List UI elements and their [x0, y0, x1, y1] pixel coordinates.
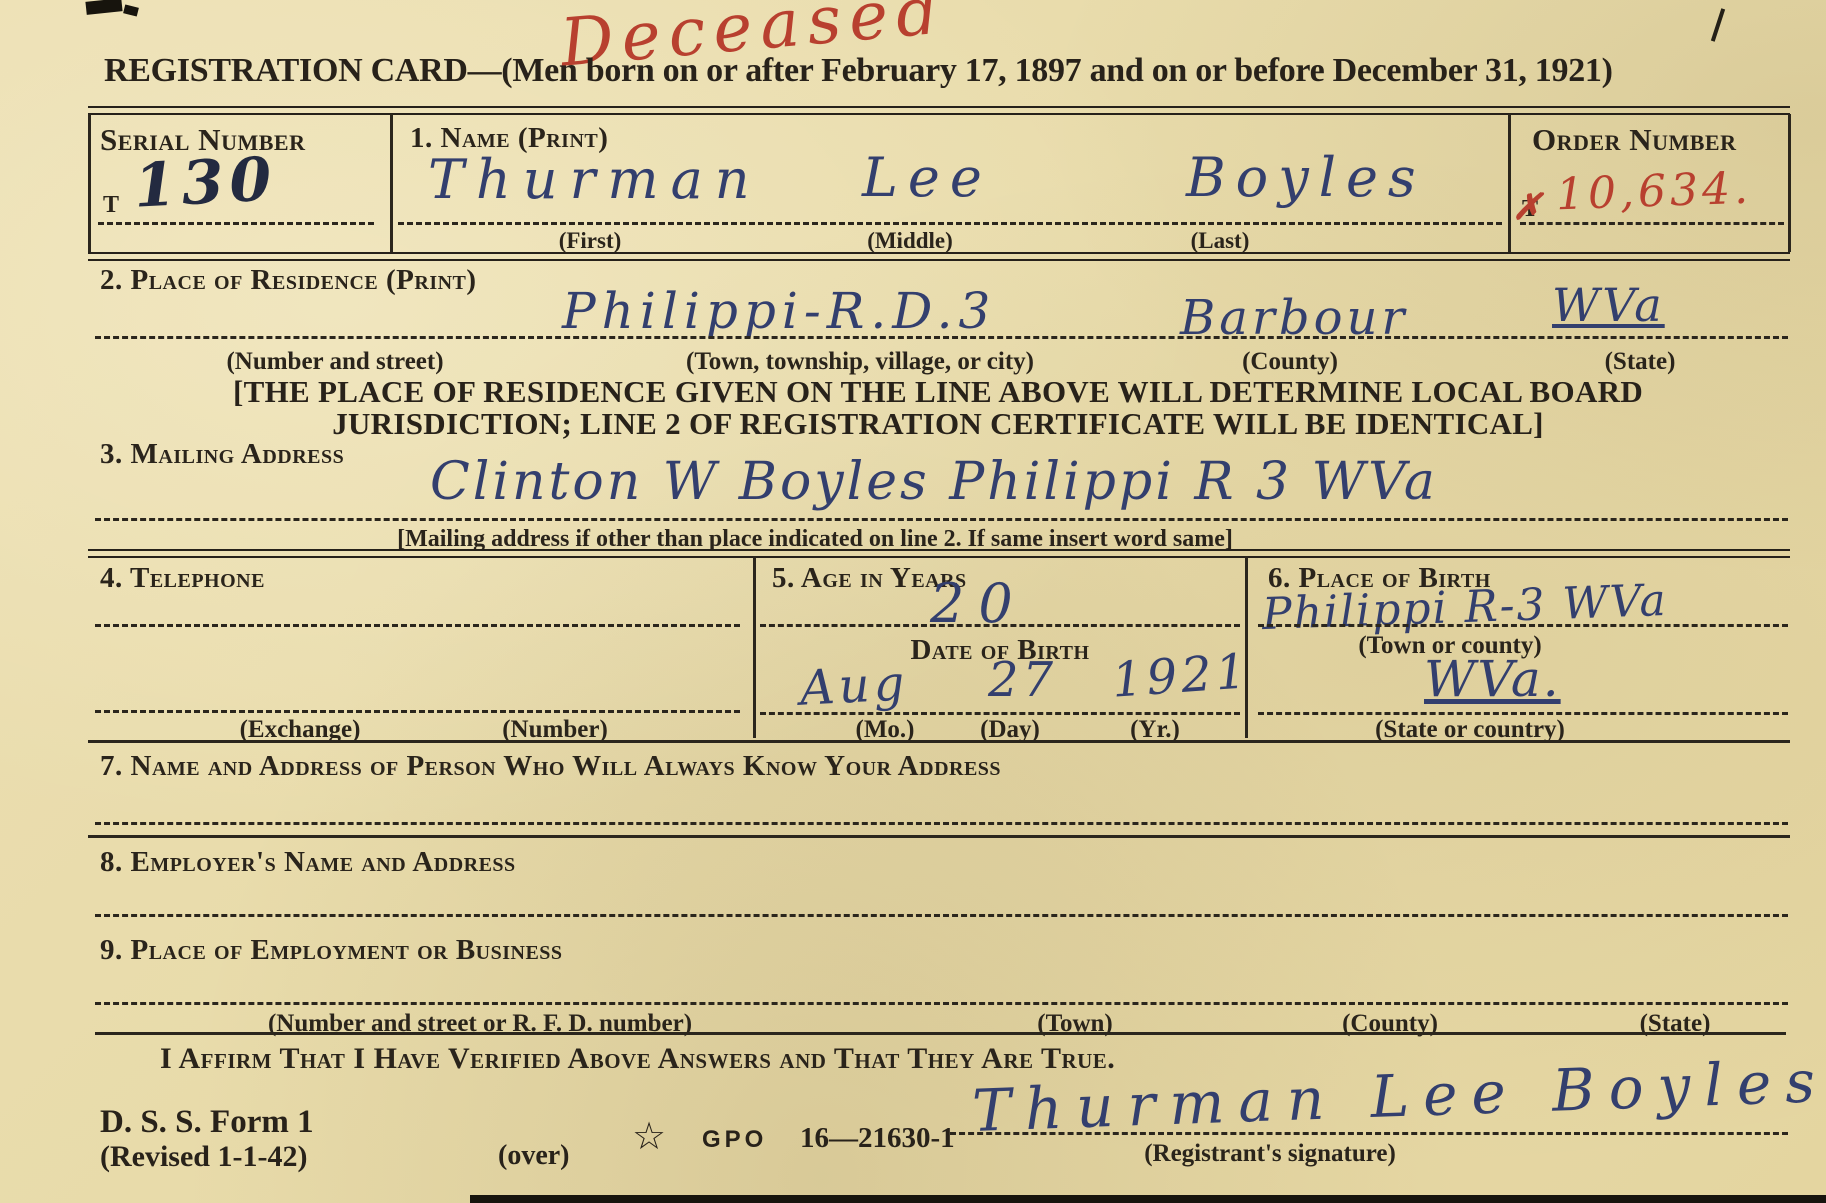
- over-note: (over): [498, 1140, 570, 1172]
- name-order-divider: [1508, 114, 1511, 252]
- scan-slash-mark: [1711, 8, 1725, 42]
- telephone-answer-line1: [95, 624, 740, 627]
- name-middle-caption: (Middle): [820, 228, 1000, 254]
- dob-day-value: 27: [988, 652, 1057, 708]
- name-middle-value: Lee: [862, 146, 992, 209]
- residence-state-value: WVa: [1552, 278, 1665, 332]
- row456-bottom-rule: [88, 740, 1790, 743]
- serial-name-divider: [390, 114, 393, 252]
- mailing-label: 3. Mailing Address: [100, 438, 344, 471]
- form-revision: (Revised 1-1-42): [100, 1140, 307, 1174]
- registration-card: Deceased REGISTRATION CARD—(Men born on …: [0, 0, 1826, 1203]
- card-title: REGISTRATION CARD—(Men born on or after …: [104, 52, 1613, 90]
- name-first-value: Thurman: [428, 148, 762, 211]
- section7-answer-line: [95, 822, 1788, 825]
- residence-label: 2. Place of Residence (Print): [100, 264, 477, 297]
- birthplace-state-value: WVa.: [1424, 650, 1561, 708]
- affirmation-text: I Affirm That I Have Verified Above Answ…: [160, 1042, 1115, 1076]
- star-icon: ☆: [632, 1114, 666, 1159]
- jurisdiction-note-line1: [THE PLACE OF RESIDENCE GIVEN ON THE LIN…: [88, 374, 1788, 410]
- residence-town-caption: (Town, township, village, or city): [630, 348, 1090, 376]
- mailing-value: Clinton W Boyles Philippi R 3 WVa: [430, 452, 1438, 512]
- telephone-answer-line2: [95, 710, 740, 713]
- section8-answer-line: [95, 914, 1788, 917]
- serial-answer-line: [98, 222, 374, 225]
- print-code: 16—21630-1: [800, 1122, 955, 1155]
- section7-label: 7. Name and Address of Person Who Will A…: [100, 750, 1001, 783]
- jurisdiction-note-line2: JURISDICTION; LINE 2 OF REGISTRATION CER…: [88, 406, 1788, 442]
- serial-number-value: 130: [132, 144, 279, 221]
- section9-bottom-rule: [95, 1032, 1786, 1035]
- name-first-caption: (First): [520, 228, 660, 254]
- section7-bottom-rule: [88, 835, 1790, 838]
- order-number-value: 10,634.: [1555, 163, 1753, 221]
- card-right-border: [1788, 114, 1791, 252]
- signature-line: [950, 1132, 1788, 1135]
- section9-answer-line: [95, 1002, 1788, 1005]
- dob-month-value: Aug: [799, 655, 910, 717]
- birthplace-state-line: [1258, 712, 1788, 715]
- scan-edge-mark: [123, 4, 139, 16]
- residence-county-caption: (County): [1205, 348, 1375, 376]
- section9-label: 9. Place of Employment or Business: [100, 934, 563, 967]
- residence-street-caption: (Number and street): [215, 348, 455, 376]
- card-left-border: [88, 114, 91, 252]
- telephone-age-divider: [753, 556, 756, 738]
- gpo-imprint: GPO: [702, 1126, 767, 1154]
- header-rule: [88, 106, 1790, 115]
- name-answer-line: [398, 222, 1502, 225]
- mailing-answer-line: [95, 518, 1788, 521]
- name-last-caption: (Last): [1150, 228, 1290, 254]
- scan-edge-mark: [85, 0, 122, 15]
- order-answer-line: [1520, 222, 1784, 225]
- order-number-label: Order Number: [1532, 122, 1736, 158]
- age-answer-line: [760, 624, 1240, 627]
- serial-prefix: T: [103, 192, 120, 219]
- birthplace-town-line: [1258, 624, 1788, 627]
- telephone-label: 4. Telephone: [100, 562, 265, 595]
- residence-state-caption: (State): [1565, 348, 1715, 376]
- dob-year-value: 1921: [1110, 643, 1252, 709]
- residence-answer-line: [95, 336, 1788, 339]
- dob-answer-line: [760, 712, 1240, 715]
- residence-town-value: Philippi-R.D.3: [562, 282, 996, 340]
- form-number: D. S. S. Form 1: [100, 1104, 314, 1141]
- name-last-value: Boyles: [1186, 146, 1426, 209]
- scan-bottom-edge: [470, 1195, 1826, 1203]
- signature-caption: (Registrant's signature): [1020, 1140, 1520, 1168]
- row1-bottom-rule: [88, 252, 1790, 261]
- row3-bottom-rule: [88, 549, 1790, 558]
- section8-label: 8. Employer's Name and Address: [100, 846, 516, 879]
